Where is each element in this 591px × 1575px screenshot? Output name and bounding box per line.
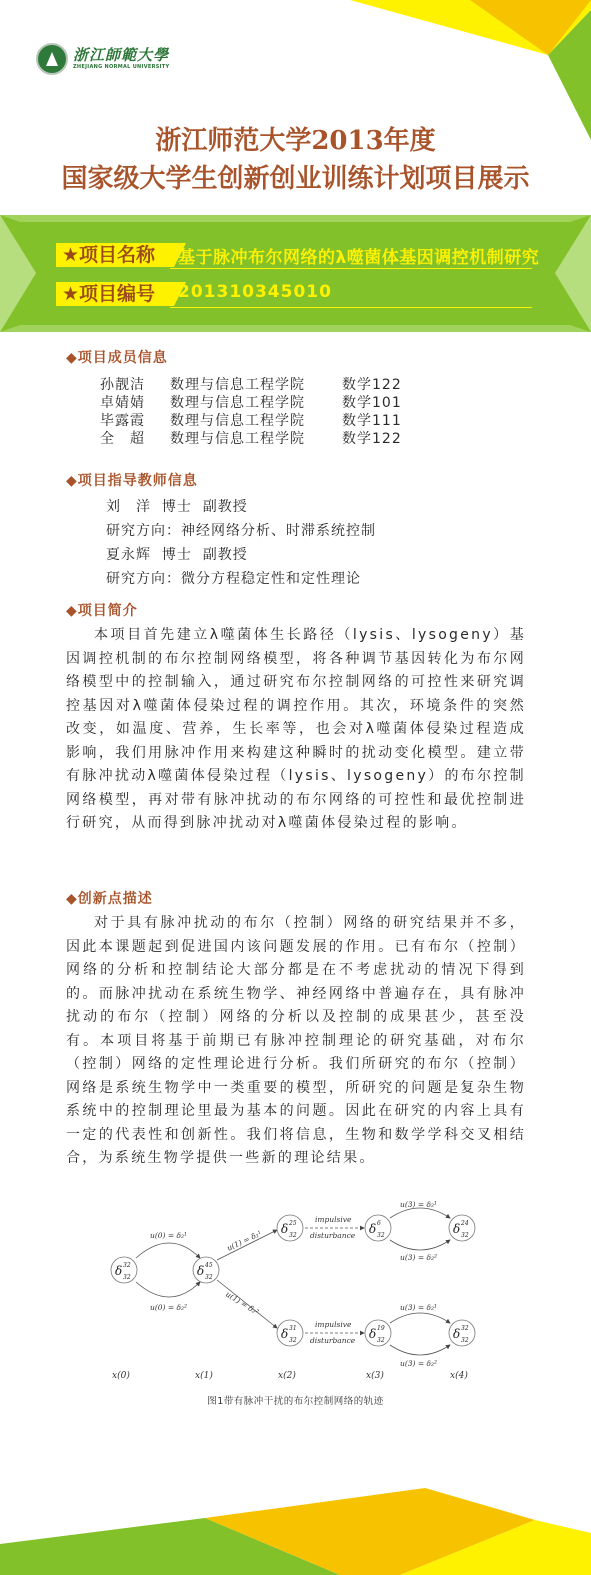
logo-english-name: ZHEJIANG NORMAL UNIVERSITY xyxy=(73,64,169,71)
innovation-text: 对于具有脉冲扰动的布尔（控制）网络的研究结果并不多，因此本课题起到促进国内该问题… xyxy=(66,912,526,1171)
svg-text:x(0): x(0) xyxy=(112,1370,130,1380)
poster-title-line-1: 浙江师范大学2013年度 xyxy=(0,120,591,157)
poster-title-line-2: 国家级大学生创新创业训练计划项目展示 xyxy=(0,158,591,195)
advisor-line: 刘 洋 博士 副教授 xyxy=(106,496,248,516)
svg-text:32: 32 xyxy=(377,1232,385,1239)
project-id-label: ★项目编号 xyxy=(56,282,174,306)
svg-text:32: 32 xyxy=(461,1337,469,1344)
member-college: 数理与信息工程学院 xyxy=(170,374,305,394)
svg-text:32: 32 xyxy=(123,1262,131,1269)
university-emblem-icon xyxy=(36,43,68,75)
figure-caption: 图1带有脉冲干扰的布尔控制网络的轨迹 xyxy=(0,1393,591,1407)
svg-text:32: 32 xyxy=(289,1232,297,1239)
svg-text:u(0) = δ₂²: u(0) = δ₂² xyxy=(150,1303,187,1312)
svg-text:u(0) = δ₂¹: u(0) = δ₂¹ xyxy=(150,1231,187,1240)
project-name-value: 基于脉冲布尔网络的λ噬菌体基因调控机制研究 xyxy=(178,243,539,268)
svg-text:x(2): x(2) xyxy=(278,1370,296,1380)
members-heading: ◆项目成员信息 xyxy=(66,347,168,367)
svg-text:δ: δ xyxy=(369,1222,376,1236)
intro-paragraph: 本项目首先建立λ噬菌体生长路径（lysis、lysogeny）基因调控机制的布尔… xyxy=(66,624,526,836)
svg-text:δ: δ xyxy=(453,1222,460,1236)
member-class: 数学122 xyxy=(342,374,402,394)
member-class: 数学122 xyxy=(342,428,402,448)
advisor-line: 研究方向：神经网络分析、时滞系统控制 xyxy=(106,520,376,540)
member-college: 数理与信息工程学院 xyxy=(170,410,305,430)
member-name: 孙靓洁 xyxy=(100,374,145,394)
svg-text:32: 32 xyxy=(205,1274,213,1281)
svg-text:32: 32 xyxy=(123,1274,131,1281)
svg-text:δ: δ xyxy=(115,1264,122,1278)
logo-chinese-name: 浙江師範大學 xyxy=(73,47,169,64)
project-name-label: ★项目名称 xyxy=(56,243,174,267)
member-college: 数理与信息工程学院 xyxy=(170,428,305,448)
svg-text:32: 32 xyxy=(461,1232,469,1239)
svg-text:δ: δ xyxy=(197,1264,204,1278)
divider xyxy=(170,268,532,269)
svg-text:δ: δ xyxy=(281,1222,288,1236)
svg-text:δ: δ xyxy=(453,1327,460,1341)
member-college: 数理与信息工程学院 xyxy=(170,392,305,412)
member-class: 数学101 xyxy=(342,392,402,412)
svg-text:32: 32 xyxy=(289,1337,297,1344)
svg-text:19: 19 xyxy=(377,1325,385,1332)
intro-heading: ◆项目简介 xyxy=(66,600,138,620)
svg-text:disturbance: disturbance xyxy=(310,1231,356,1240)
svg-text:δ: δ xyxy=(369,1327,376,1341)
svg-text:x(1): x(1) xyxy=(195,1370,213,1380)
svg-text:32: 32 xyxy=(377,1337,385,1344)
divider xyxy=(170,307,532,308)
svg-text:u(3) = δ₂¹: u(3) = δ₂¹ xyxy=(400,1303,437,1312)
svg-text:24: 24 xyxy=(460,1220,469,1227)
advisor-line: 夏永辉 博士 副教授 xyxy=(106,544,248,564)
svg-text:u(3) = δ₂²: u(3) = δ₂² xyxy=(400,1359,437,1368)
svg-text:45: 45 xyxy=(204,1262,213,1269)
advisor-line: 研究方向：微分方程稳定性和定性理论 xyxy=(106,568,361,588)
svg-text:32: 32 xyxy=(461,1325,469,1332)
svg-text:x(3): x(3) xyxy=(366,1370,384,1380)
intro-text: 本项目首先建立λ噬菌体生长路径（lysis、lysogeny）基因调控机制的布尔… xyxy=(66,624,526,836)
member-name: 卓婧婧 xyxy=(100,392,145,412)
svg-text:6: 6 xyxy=(377,1220,381,1227)
svg-text:x(4): x(4) xyxy=(450,1370,468,1380)
svg-text:impulsive: impulsive xyxy=(315,1320,352,1329)
svg-text:impulsive: impulsive xyxy=(315,1215,352,1224)
member-name: 全 超 xyxy=(100,428,145,448)
svg-text:31: 31 xyxy=(289,1325,297,1332)
project-id-value: 201310345010 xyxy=(178,282,332,302)
svg-text:u(1) = δ₂²: u(1) = δ₂² xyxy=(224,1290,260,1317)
svg-text:δ: δ xyxy=(281,1327,288,1341)
advisors-heading: ◆项目指导教师信息 xyxy=(66,470,198,490)
svg-text:u(3) = δ₂¹: u(3) = δ₂¹ xyxy=(400,1200,437,1209)
svg-text:u(1) = δ₂¹: u(1) = δ₂¹ xyxy=(226,1229,263,1253)
boolean-network-diagram: δ3232 δ4532 δ2532 δ3132 δ632 δ1932 δ2432… xyxy=(100,1200,500,1380)
svg-text:disturbance: disturbance xyxy=(310,1336,356,1345)
innovation-paragraph: 对于具有脉冲扰动的布尔（控制）网络的研究结果并不多，因此本课题起到促进国内该问题… xyxy=(66,912,526,1171)
university-logo: 浙江師範大學 ZHEJIANG NORMAL UNIVERSITY xyxy=(36,43,169,75)
member-class: 数学111 xyxy=(342,410,402,430)
member-name: 毕露霞 xyxy=(100,410,145,430)
svg-text:u(3) = δ₂²: u(3) = δ₂² xyxy=(400,1253,437,1262)
innovation-heading: ◆创新点描述 xyxy=(66,888,153,908)
svg-text:25: 25 xyxy=(288,1220,297,1227)
